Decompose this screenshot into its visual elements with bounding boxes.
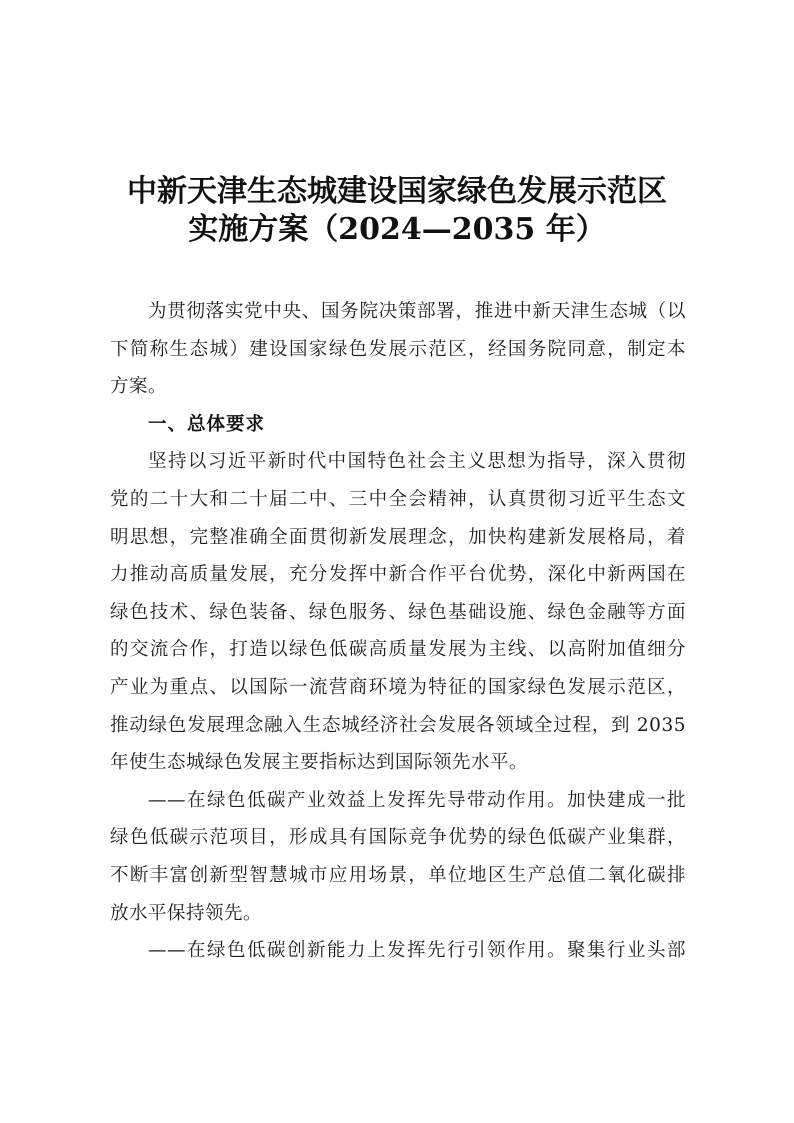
paragraph-line: 下简称生态城）建设国家绿色发展示范区，经国务院同意，制定本 bbox=[110, 331, 686, 369]
paragraph-line: 明思想，完整准确全面贯彻新发展理念，加快构建新发展格局，着 bbox=[110, 519, 686, 557]
paragraph-line: 方案。 bbox=[110, 368, 686, 406]
document-body: 为贯彻落实党中央、国务院决策部署，推进中新天津生态城（以 下简称生态城）建设国家… bbox=[110, 293, 686, 970]
paragraph-line: 为贯彻落实党中央、国务院决策部署，推进中新天津生态城（以 bbox=[110, 293, 686, 331]
paragraph-line: ——在绿色低碳创新能力上发挥先行引领作用。聚集行业头部 bbox=[110, 932, 686, 970]
paragraph-line: 的交流合作，打造以绿色低碳高质量发展为主线、以高附加值细分 bbox=[110, 631, 686, 669]
paragraph-line: 推动绿色发展理念融入生态城经济社会发展各领域全过程，到 2035 bbox=[110, 707, 686, 745]
paragraph-line: 坚持以习近平新时代中国特色社会主义思想为指导，深入贯彻 bbox=[110, 443, 686, 481]
intro-paragraph: 为贯彻落实党中央、国务院决策部署，推进中新天津生态城（以 下简称生态城）建设国家… bbox=[110, 293, 686, 406]
paragraph-line: 力推动高质量发展，充分发挥中新合作平台优势，深化中新两国在 bbox=[110, 556, 686, 594]
document-title-line-2: 实施方案（2024—2035 年） bbox=[0, 212, 794, 248]
paragraph-line: 不断丰富创新型智慧城市应用场景，单位地区生产总值二氧化碳排 bbox=[110, 857, 686, 895]
innovation-leadership-paragraph: ——在绿色低碳创新能力上发挥先行引领作用。聚集行业头部 bbox=[110, 932, 686, 970]
guiding-principles-paragraph: 坚持以习近平新时代中国特色社会主义思想为指导，深入贯彻 党的二十大和二十届二中、… bbox=[110, 443, 686, 781]
section-heading: 一、总体要求 bbox=[110, 406, 686, 444]
paragraph-line: 产业为重点、以国际一流营商环境为特征的国家绿色发展示范区， bbox=[110, 669, 686, 707]
paragraph-line: 党的二十大和二十届二中、三中全会精神，认真贯彻习近平生态文 bbox=[110, 481, 686, 519]
paragraph-line: ——在绿色低碳产业效益上发挥先导带动作用。加快建成一批 bbox=[110, 782, 686, 820]
document-page: 中新天津生态城建设国家绿色发展示范区 实施方案（2024—2035 年） 为贯彻… bbox=[0, 0, 794, 1123]
paragraph-line: 绿色技术、绿色装备、绿色服务、绿色基础设施、绿色金融等方面 bbox=[110, 594, 686, 632]
paragraph-line: 年使生态城绿色发展主要指标达到国际领先水平。 bbox=[110, 744, 686, 782]
industry-leadership-paragraph: ——在绿色低碳产业效益上发挥先导带动作用。加快建成一批 绿色低碳示范项目，形成具… bbox=[110, 782, 686, 932]
paragraph-line: 绿色低碳示范项目，形成具有国际竞争优势的绿色低碳产业集群， bbox=[110, 819, 686, 857]
document-title-line-1: 中新天津生态城建设国家绿色发展示范区 bbox=[0, 174, 794, 210]
paragraph-line: 放水平保持领先。 bbox=[110, 895, 686, 933]
